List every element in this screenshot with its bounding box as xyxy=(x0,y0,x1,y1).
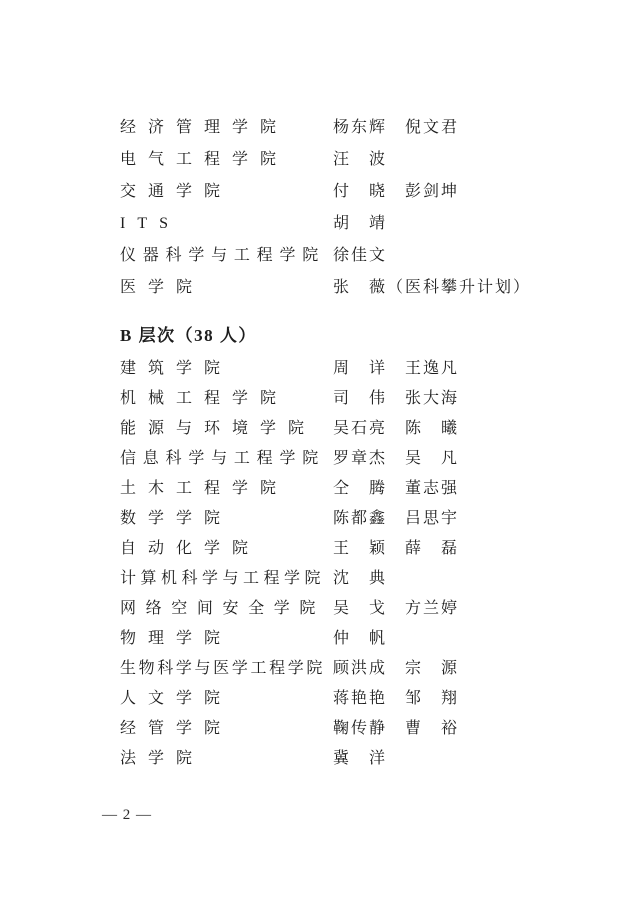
college-name: 信息科学与工程学院 xyxy=(120,444,325,474)
college-name: 数学学院 xyxy=(120,504,232,534)
table-row: 数学学院 陈都鑫 吕思宇 xyxy=(120,504,459,534)
college-name: 自动化学院 xyxy=(120,534,260,564)
awardee-names: 罗章杰 吴 凡 xyxy=(333,444,459,474)
awardee-names: 蒋艳艳 邹 翔 xyxy=(333,684,459,714)
college-name: 仪器科学与工程学院 xyxy=(120,240,325,272)
document-page: 经济管理学院 杨东辉 倪文君 电气工程学院 汪 波 交通学院 付 晓 彭剑坤 I… xyxy=(0,0,639,905)
table-row: 经济管理学院 杨东辉 倪文君 xyxy=(120,112,531,144)
table-row: 人文学院 蒋艳艳 邹 翔 xyxy=(120,684,459,714)
table-row: 生物科学与医学工程学院 顾洪成 宗 源 xyxy=(120,654,459,684)
awardee-names: 徐佳文 xyxy=(333,240,387,272)
college-name: 建筑学院 xyxy=(120,354,232,384)
table-row: 电气工程学院 汪 波 xyxy=(120,144,531,176)
awardee-names: 仝 腾 董志强 xyxy=(333,474,459,504)
table-row: 计算机科学与工程学院 沈 典 xyxy=(120,564,459,594)
table-row: 信息科学与工程学院 罗章杰 吴 凡 xyxy=(120,444,459,474)
table-row: 能源与环境学院 吴石亮 陈 曦 xyxy=(120,414,459,444)
college-name: 生物科学与医学工程学院 xyxy=(120,654,325,684)
awardee-names: 张 薇（医科攀升计划） xyxy=(333,272,531,304)
awardee-names: 汪 波 xyxy=(333,144,387,176)
college-name: 土木工程学院 xyxy=(120,474,288,504)
college-name: 经济管理学院 xyxy=(120,112,288,144)
college-name: 医学院 xyxy=(120,272,204,304)
table-row: 建筑学院 周 详 王逸凡 xyxy=(120,354,459,384)
table-row: 自动化学院 王 颖 薛 磊 xyxy=(120,534,459,564)
college-name: 法学院 xyxy=(120,744,204,774)
awardee-names: 鞠传静 曹 裕 xyxy=(333,714,459,744)
awardee-names: 仲 帆 xyxy=(333,624,387,654)
page-number: — 2 — xyxy=(102,806,152,824)
table-row: 土木工程学院 仝 腾 董志强 xyxy=(120,474,459,504)
college-name: 物理学院 xyxy=(120,624,232,654)
awardee-names: 冀 洋 xyxy=(333,744,387,774)
college-name: 交通学院 xyxy=(120,176,232,208)
table-row: 经管学院 鞠传静 曹 裕 xyxy=(120,714,459,744)
awardee-names: 杨东辉 倪文君 xyxy=(333,112,459,144)
awardee-names: 沈 典 xyxy=(333,564,387,594)
section-a-roster: 经济管理学院 杨东辉 倪文君 电气工程学院 汪 波 交通学院 付 晓 彭剑坤 I… xyxy=(120,112,531,304)
awardee-names: 陈都鑫 吕思宇 xyxy=(333,504,459,534)
awardee-names: 司 伟 张大海 xyxy=(333,384,459,414)
table-row: 机械工程学院 司 伟 张大海 xyxy=(120,384,459,414)
table-row: 物理学院 仲 帆 xyxy=(120,624,459,654)
awardee-names: 吴 戈 方兰婷 xyxy=(333,594,459,624)
awardee-names: 王 颖 薛 磊 xyxy=(333,534,459,564)
college-name: 网络空间安全学院 xyxy=(120,594,325,624)
awardee-names: 胡 靖 xyxy=(333,208,387,240)
table-row: 网络空间安全学院 吴 戈 方兰婷 xyxy=(120,594,459,624)
awardee-names: 付 晓 彭剑坤 xyxy=(333,176,459,208)
awardee-names: 顾洪成 宗 源 xyxy=(333,654,459,684)
table-row: ITS 胡 靖 xyxy=(120,208,531,240)
college-name: 能源与环境学院 xyxy=(120,414,316,444)
college-name: 经管学院 xyxy=(120,714,232,744)
table-row: 交通学院 付 晓 彭剑坤 xyxy=(120,176,531,208)
table-row: 仪器科学与工程学院 徐佳文 xyxy=(120,240,531,272)
college-name: 机械工程学院 xyxy=(120,384,288,414)
college-name: 人文学院 xyxy=(120,684,232,714)
awardee-names: 吴石亮 陈 曦 xyxy=(333,414,459,444)
section-b-heading: B 层次（38 人） xyxy=(120,320,257,352)
awardee-names: 周 详 王逸凡 xyxy=(333,354,459,384)
college-name: 计算机科学与工程学院 xyxy=(120,564,325,594)
college-name: 电气工程学院 xyxy=(120,144,288,176)
table-row: 医学院 张 薇（医科攀升计划） xyxy=(120,272,531,304)
table-row: 法学院 冀 洋 xyxy=(120,744,459,774)
college-name: ITS xyxy=(120,208,180,240)
section-b-roster: 建筑学院 周 详 王逸凡 机械工程学院 司 伟 张大海 能源与环境学院 吴石亮 … xyxy=(120,354,459,774)
